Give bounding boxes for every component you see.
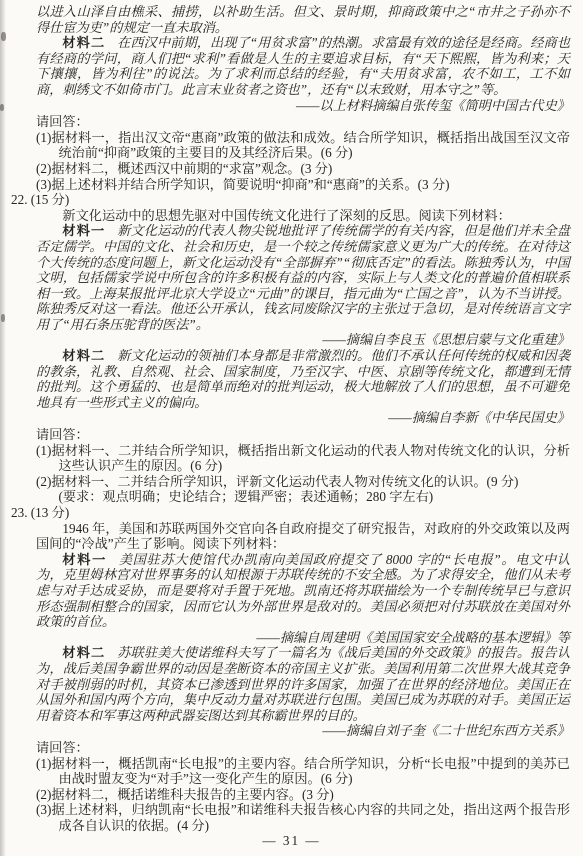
sub-question-2: (2)据材料一、二并结合所学知识，评新文化运动代表人物对传统文化的认识。(9 分…: [36, 474, 570, 490]
material-one-paragraph: 材料一新文化运动的代表人物尖锐地批评了传统儒学的有关内容，但是他们并未全盘否定儒…: [36, 223, 570, 332]
source-attribution: ——摘编自李良玉《思想启蒙与文化重建》: [36, 332, 570, 348]
answer-requirement-note: (要求：观点明确；史论结合；逻辑严密；表述通畅；280 字左右): [36, 489, 570, 505]
material-one-text: 新文化运动的代表人物尖锐地批评了传统儒学的有关内容，但是他们并未全盘否定儒学。中…: [36, 223, 570, 332]
question-23-section: 23. (13 分) 1946 年，美国和苏联两国外交官向各自政府提交了研究报告…: [36, 505, 570, 833]
answer-prompt: 请回答：: [36, 114, 570, 130]
question-intro: 1946 年，美国和苏联两国外交官向各自政府提交了研究报告，对政府的外交政策以及…: [36, 521, 570, 552]
answer-prompt: 请回答：: [36, 740, 570, 756]
source-attribution: ——摘编自李新《中华民国史》: [36, 410, 570, 426]
page-content: 以进入山泽自由樵采、捕捞，以补助生活。但文、景时期，抑商政策中之“市井之子孙亦不…: [0, 0, 583, 833]
sub-question-1: (1)据材料一、二并结合所学知识，概括指出新文化运动的代表人物对传统文化的认识，…: [36, 443, 570, 474]
scan-speck: [0, 104, 4, 111]
scan-speck: [1, 314, 5, 322]
scan-speck: [1, 32, 6, 41]
sub-question-1: (1)据材料一，指出汉文帝“惠商”政策的做法和成效。结合所学知识，概括指出战国至…: [36, 130, 570, 161]
question-21-section: 以进入山泽自由樵采、捕捞，以补助生活。但文、景时期，抑商政策中之“市井之子孙亦不…: [36, 4, 570, 192]
material-two-paragraph: 材料二在西汉中前期，出现了“用贫求富”的热潮。求富最有效的途径是经商。经商也有经…: [36, 35, 570, 97]
material-two-paragraph: 材料二新文化运动的领袖们本身都是非常激烈的。他们不承认任何传统的权威和因袭的教条…: [36, 348, 570, 410]
question-number: 22. (15 分): [11, 192, 570, 208]
question-intro: 新文化运动中的思想先驱对中国传统文化进行了深刻的反思。阅读下列材料：: [36, 208, 570, 224]
question-number: 23. (13 分): [11, 505, 570, 521]
material-two-label: 材料二: [62, 35, 105, 50]
sub-question-2: (2)据材料二，概述西汉中前期的“求富”观念。(3 分): [36, 161, 570, 177]
source-attribution: ——以上材料摘编自张传玺《简明中国古代史》: [36, 98, 570, 114]
material-two-text: 在西汉中前期，出现了“用贫求富”的热潮。求富最有效的途径是经商。经商也有经商的学…: [36, 35, 570, 97]
source-attribution: ——摘编自周建明《美国国家安全战略的基本逻辑》等: [36, 630, 570, 646]
material-two-text: 新文化运动的领袖们本身都是非常激烈的。他们不承认任何传统的权威和因袭的教条，礼教…: [36, 348, 570, 410]
source-attribution: ——摘编自刘子奎《二十世纪东西方关系》: [36, 723, 570, 739]
material-one-paragraph: 材料一美国驻苏大使馆代办凯南向美国政府提交了 8000 字的“长电报”。电文中认…: [36, 552, 570, 630]
page-number: — 31 —: [0, 833, 583, 849]
material-one-continued-text: 以进入山泽自由樵采、捕捞，以补助生活。但文、景时期，抑商政策中之“市井之子孙亦不…: [36, 4, 570, 35]
sub-question-3: (3)据上述材料，归纳凯南“长电报”和诺维科夫报告核心内容的共同之处，指出这两个…: [36, 802, 570, 833]
answer-prompt: 请回答：: [36, 427, 570, 443]
material-one-label: 材料一: [62, 223, 105, 238]
material-two-text: 苏联驻美大使诺维科夫写了一篇名为《战后美国的外交政策》的报告。报告认为，战后美国…: [36, 645, 570, 722]
question-22-section: 22. (15 分) 新文化运动中的思想先驱对中国传统文化进行了深刻的反思。阅读…: [36, 192, 570, 505]
material-two-paragraph: 材料二苏联驻美大使诺维科夫写了一篇名为《战后美国的外交政策》的报告。报告认为，战…: [36, 645, 570, 723]
sub-question-3: (3)据上述材料并结合所学知识，简要说明“抑商”和“惠商”的关系。(3 分): [36, 177, 570, 193]
sub-question-2: (2)据材料二，概括诺维科夫报告的主要内容。(3 分): [36, 787, 570, 803]
material-one-label: 材料一: [62, 552, 107, 567]
material-one-text: 美国驻苏大使馆代办凯南向美国政府提交了 8000 字的“长电报”。电文中认为，克…: [36, 552, 570, 629]
exam-scan-page: 以进入山泽自由樵采、捕捞，以补助生活。但文、景时期，抑商政策中之“市井之子孙亦不…: [0, 0, 583, 856]
material-two-label: 材料二: [62, 348, 105, 363]
material-two-label: 材料二: [62, 645, 105, 660]
sub-question-1: (1)据材料一，概括凯南“长电报”的主要内容。结合所学知识，分析“长电报”中提到…: [36, 756, 570, 787]
